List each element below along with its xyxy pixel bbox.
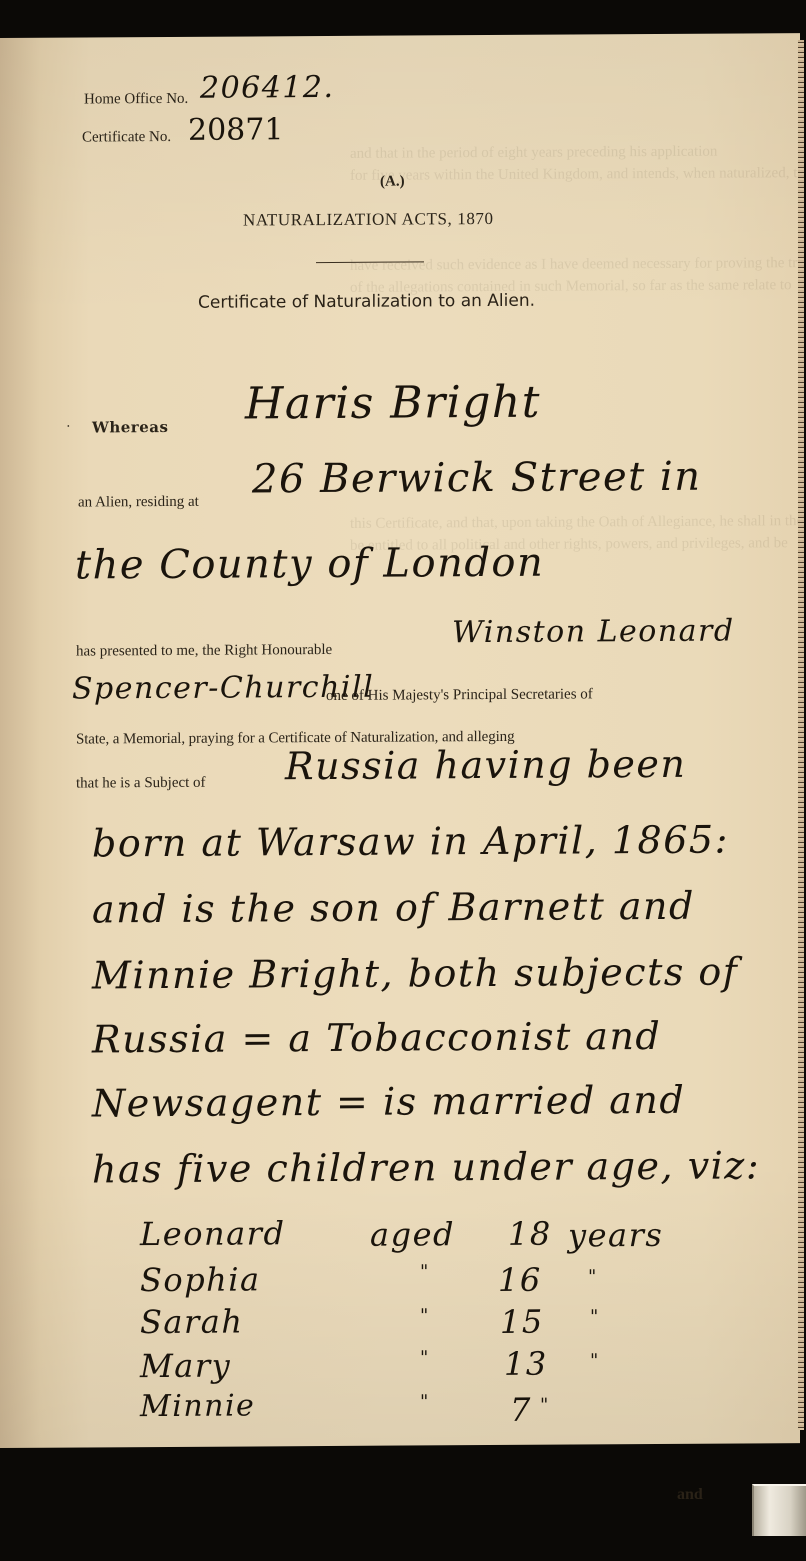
bleed-through-text: this Certificate, and that, upon taking … <box>350 512 806 532</box>
binder-clip <box>752 1484 806 1536</box>
certificate-heading: Certificate of Naturalization to an Alie… <box>198 291 535 313</box>
child-age: 16 <box>498 1261 542 1299</box>
child-age: 7 <box>510 1391 532 1429</box>
handwritten-line: has five children under age, viz: <box>92 1143 760 1191</box>
child-ditto: " <box>420 1261 430 1282</box>
bullet-dot: · <box>66 420 71 436</box>
certificate-page: and that in the period of eight years pr… <box>0 33 800 1448</box>
child-ditto: " <box>420 1305 430 1326</box>
handwritten-line: and is the son of Barnett and <box>92 884 695 932</box>
child-age-unit: " <box>590 1306 600 1327</box>
handwritten-line: born at Warsaw in April, 1865: <box>92 818 729 866</box>
handwritten-line: Newsagent = is married and <box>92 1078 685 1126</box>
child-age: 15 <box>500 1303 544 1341</box>
children-list: Leonard aged 18 years Sophia " 16 " Sara… <box>0 33 800 38</box>
bleed-through-text: for five years within the United Kingdom… <box>350 165 805 185</box>
home-office-label: Home Office No. <box>84 91 188 109</box>
child-aged-label: aged <box>370 1215 455 1254</box>
child-age-unit: " <box>540 1395 550 1416</box>
child-age: 18 <box>508 1215 552 1253</box>
child-name: Mary <box>140 1347 231 1386</box>
child-age: 13 <box>504 1345 548 1383</box>
child-name: Minnie <box>140 1388 255 1424</box>
subject-label: that he is a Subject of <box>76 775 206 793</box>
child-age-unit: years <box>568 1216 663 1255</box>
child-ditto: " <box>420 1347 430 1368</box>
alien-name: Haris Bright <box>245 377 541 430</box>
child-age-unit: " <box>588 1266 598 1287</box>
secretary-title: one of His Majesty's Principal Secretari… <box>326 686 593 705</box>
child-age-unit: " <box>590 1350 600 1371</box>
handwritten-line: Russia = a Tobacconist and <box>92 1014 661 1061</box>
schedule-letter: (A.) <box>380 174 405 191</box>
address-line-1: 26 Berwick Street in <box>252 454 701 503</box>
child-ditto: " <box>420 1391 430 1412</box>
presented-label: has presented to me, the Right Honourabl… <box>76 642 332 661</box>
child-name: Leonard <box>140 1214 285 1253</box>
handwritten-line: Minnie Bright, both subjects of <box>92 949 738 997</box>
child-name: Sarah <box>140 1303 243 1342</box>
residing-label: an Alien, residing at <box>78 494 199 512</box>
catchword: and <box>677 1486 703 1504</box>
certificate-number: 20871 <box>188 112 283 148</box>
whereas-label: Whereas <box>92 418 168 436</box>
child-name: Sophia <box>140 1260 261 1299</box>
home-office-number: 206412. <box>200 70 335 106</box>
certificate-label: Certificate No. <box>82 129 171 147</box>
page-stack-edge <box>798 40 804 1430</box>
act-title: NATURALIZATION ACTS, 1870 <box>243 209 494 231</box>
address-line-2: the County of London <box>75 540 544 589</box>
bleed-through-text: have received such evidence as I have de… <box>350 255 806 275</box>
subject-of: Russia having been <box>285 742 686 788</box>
secretary-name-part1: Winston Leonard <box>452 614 735 651</box>
bleed-through-text: and that in the period of eight years pr… <box>350 144 717 163</box>
